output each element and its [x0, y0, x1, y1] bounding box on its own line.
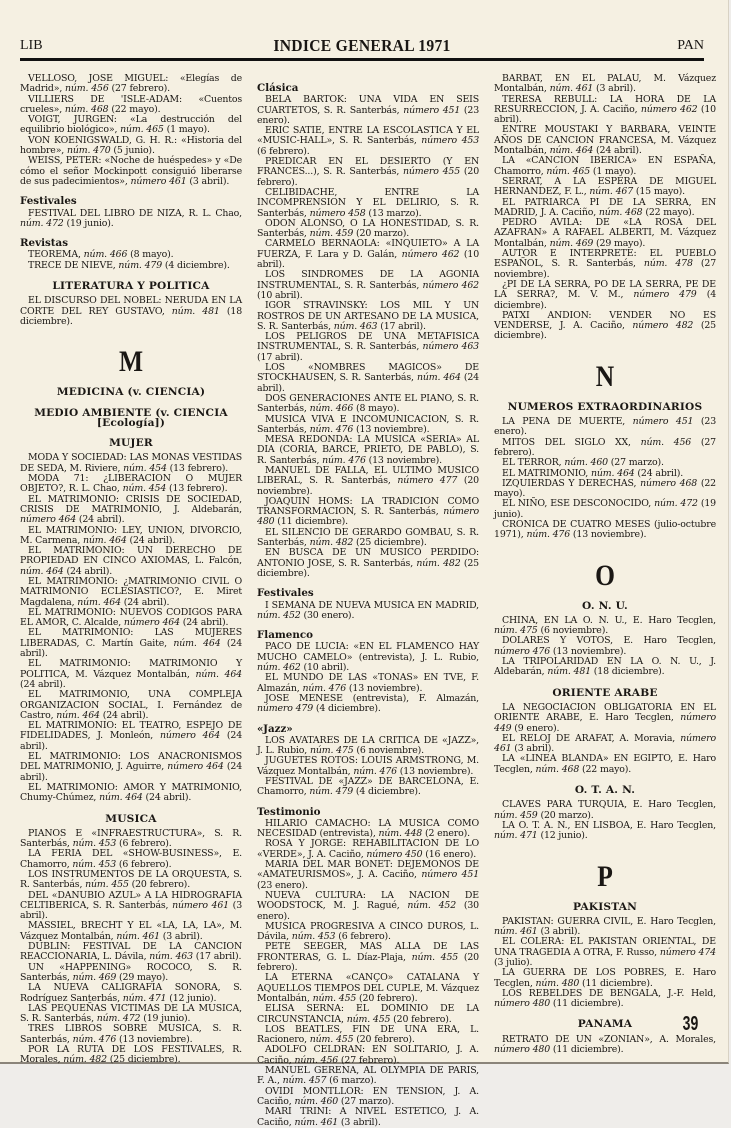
issue-number: núm. 464 [173, 638, 220, 649]
issue-number: núm. 464 [195, 669, 242, 680]
index-entry: EL MATRIMONIO, UNA COMPLEJA ORGANIZACION… [20, 690, 242, 721]
issue-number: número 463 [422, 341, 479, 352]
index-entry: JOAQUIN HOMS: LA TRADICION COMO TRANSFOR… [257, 497, 479, 528]
issue-number: número 462 [641, 104, 698, 115]
index-entry: ENTRE MOUSTAKI Y BARBARA, VEINTE AÑOS DE… [494, 125, 716, 156]
index-entry: BARBAT, EN EL PALAU, M. Vázquez Montalbá… [494, 74, 716, 95]
issue-number: núm. 481 [172, 306, 220, 317]
index-entry: EL MATRIMONIO: MATRIMONIO Y POLITICA, M.… [20, 659, 242, 690]
topic-heading: O. T. A. N. [494, 785, 716, 795]
entry-title: EL NIÑO, ESE DESCONOCIDO, [502, 498, 654, 509]
index-entry: LA «CANCION IBERICA» EN ESPAÑA, Chamorro… [494, 156, 716, 177]
entry-title: TRECE DE NIEVE, [28, 260, 118, 271]
issue-number: núm. 472 [20, 218, 64, 229]
issue-number: número 461 [172, 900, 229, 911]
index-entry: ¿PI DE LA SERRA, PO DE LA SERRA, PE DE L… [494, 280, 716, 311]
index-entry: EL SILENCIO DE GERARDO GOMBAU, S. R. San… [257, 528, 479, 549]
index-entry: MODA Y SOCIEDAD: LAS MONAS VESTIDAS DE S… [20, 453, 242, 474]
issue-number: número 479 [633, 289, 696, 300]
issue-number: número 462 [422, 280, 479, 291]
index-entry: EL MUNDO DE LAS «TONAS» EN TVE, F. Almaz… [257, 673, 479, 694]
index-entry: DUBLIN: FESTIVAL DE LA CANCION REACCIONA… [20, 942, 242, 963]
index-entry: CARMELO BERNAOLA: «INQUIETO» A LA FUERZA… [257, 239, 479, 270]
index-entry: MASSIEL, BRECHT Y EL «LA, LA, LA», M. Vá… [20, 921, 242, 942]
index-entry: AUTOR E INTERPRETE: EL PUEBLO ESPAÑOL, S… [494, 249, 716, 280]
subsection-heading: Clásica [257, 83, 479, 93]
topic-heading: MUJER [20, 438, 242, 448]
subsection-heading: Revistas [20, 238, 242, 248]
index-entry: VON KOENIGSWALD, G. H. R.: «Historia del… [20, 136, 242, 157]
index-entry: LOS SINDROMES DE LA AGONIA INSTRUMENTAL,… [257, 270, 479, 301]
issue-number: número 455 [403, 166, 460, 177]
topic-heading: O. N. U. [494, 601, 716, 611]
index-entry: TERESA REBULL: LA HORA DE LA RESURRECCIO… [494, 95, 716, 126]
issue-number: núm. 476 [526, 529, 570, 540]
index-entry: EL MATRIMONIO: UN DERECHO DE PROPIEDAD E… [20, 546, 242, 577]
index-entry: LA «LINEA BLANDA» EN EGIPTO, E. Haro Tec… [494, 754, 716, 775]
issue-number: número 451 [633, 416, 694, 427]
index-entry: LA ETERNA «CANÇO» CATALANA Y AQUELLOS TI… [257, 973, 479, 1004]
index-entry: TRECE DE NIEVE, núm. 479 (4 diciembre). [20, 261, 242, 271]
index-entry: LOS AVATARES DE LA CRITICA DE «JAZZ», J.… [257, 736, 479, 757]
index-entry: MARIA DEL MAR BONET: DEJEMONOS DE «AMATE… [257, 860, 479, 891]
topic-heading: PAKISTAN [494, 902, 716, 912]
issue-number: número 451 [403, 105, 460, 116]
index-entry: VELLOSO, JOSE MIGUEL: «Elegías de Madrid… [20, 74, 242, 95]
index-entry: MANUEL DE FALLA, EL ULTIMO MUSICO LIBERA… [257, 466, 479, 497]
index-entry: EL NIÑO, ESE DESCONOCIDO, núm. 472 (19 j… [494, 499, 716, 520]
entry-title: PACO DE LUCIA: «EN EL FLAMENCO HAY MUCHO… [257, 641, 479, 662]
index-entry: LOS «NOMBRES MAGICOS» DE STOCKHAUSEN, S.… [257, 363, 479, 394]
index-entry: SERRAT, A LA ESPERA DE MIGUEL HERNANDEZ,… [494, 177, 716, 198]
index-entry: I SEMANA DE NUEVA MUSICA EN MADRID, núm.… [257, 601, 479, 622]
entry-title: EL MATRIMONIO: CRISIS DE SOCIEDAD, CRISI… [20, 494, 242, 515]
issue-date: (4 diciembre). [353, 786, 421, 797]
index-entry: EN BUSCA DE UN MUSICO PERDIDO: ANTONIO J… [257, 548, 479, 579]
issue-number: núm. 479 [309, 786, 353, 797]
alphabet-letter-heading: N [511, 362, 700, 392]
issue-date: (4 diciembre). [162, 260, 230, 271]
index-column-1: VELLOSO, JOSE MIGUEL: «Elegías de Madrid… [20, 74, 242, 1066]
index-column-2: ClásicaBELA BARTOK: UNA VIDA EN SEIS CUA… [257, 74, 479, 1071]
index-entry: ODON ALONSO, O LA HONESTIDAD, S. R. Sant… [257, 219, 479, 240]
index-entry: CELIBIDACHE, ENTRE LA INCOMPRENSION Y EL… [257, 188, 479, 219]
issue-date: (18 diciembre). [591, 666, 665, 677]
index-entry: PAKISTAN: GUERRA CIVIL, E. Haro Tecglen,… [494, 917, 716, 938]
topic-heading: LITERATURA Y POLITICA [20, 281, 242, 291]
issue-number: núm. 452 [257, 610, 301, 621]
issue-date: (30 enero). [301, 610, 355, 621]
index-entry: MUSICA PROGRESIVA A CINCO DUROS, L. Dávi… [257, 922, 479, 943]
issue-number: número 464 [167, 761, 223, 772]
issue-number: núm. 455 [412, 952, 459, 963]
topic-heading: ORIENTE ARABE [494, 688, 716, 698]
index-entry: EL DISCURSO DEL NOBEL: NERUDA EN LA CORT… [20, 296, 242, 327]
issue-number: núm. 482 [416, 558, 460, 569]
issue-number: núm. 472 [654, 498, 698, 509]
index-entry: DOS GENERACIONES ANTE EL PIANO, S. R. Sa… [257, 394, 479, 415]
index-entry: LA TRIPOLARIDAD EN LA O. N. U., J. Aldeb… [494, 657, 716, 678]
issue-number: número 451 [421, 869, 479, 880]
subsection-heading: Festivales [20, 196, 242, 206]
index-entry: NUEVA CULTURA: LA NACION DE WOODSTOCK, M… [257, 891, 479, 922]
index-entry: DOLARES Y VOTOS, E. Haro Tecglen, número… [494, 636, 716, 657]
index-entry: PREDICAR EN EL DESIERTO (Y EN FRANCES...… [257, 157, 479, 188]
index-entry: EL MATRIMONIO: CRISIS DE SOCIEDAD, CRISI… [20, 495, 242, 526]
issue-date: (4 diciembre). [313, 703, 381, 714]
issue-number: núm. 464 [99, 792, 143, 803]
index-entry: VILLIERS DE 'ISLE-ADAM: «Cuentos crueles… [20, 95, 242, 116]
index-entry: UN «HAPPENING» ROCOCO, S. R. Santerbás, … [20, 963, 242, 984]
issue-number: núm. 456 [641, 437, 692, 448]
topic-heading: MEDICINA (v. CIENCIA) [20, 387, 242, 397]
index-entry: IGOR STRAVINSKY: LOS MIL Y UN ROSTROS DE… [257, 301, 479, 332]
topic-heading: MEDIO AMBIENTE (v. CIENCIA [Ecología]) [20, 408, 242, 429]
index-entry: EL RELOJ DE ARAFAT, A. Moravia, número 4… [494, 734, 716, 755]
subsection-heading: Testimonio [257, 807, 479, 817]
running-head: LIB INDICE GENERAL 1971 PAN [20, 36, 704, 61]
page-number: 39 [682, 1013, 698, 1036]
issue-date: (19 junio). [64, 218, 114, 229]
index-entry: FESTIVAL DE «JAZZ» DE BARCELONA, E. Cham… [257, 777, 479, 798]
topic-heading: MUSICA [20, 814, 242, 824]
index-entry: BELA BARTOK: UNA VIDA EN SEIS CUARTETOS,… [257, 95, 479, 126]
running-head-left-guide-word: LIB [20, 38, 43, 54]
index-entry: LA NUEVA CALIGRAFIA SONORA, S. Rodríguez… [20, 983, 242, 1004]
topic-heading: NUMEROS EXTRAORDINARIOS [494, 402, 716, 412]
issue-number: número 480 [494, 998, 550, 1009]
index-entry: EL MATRIMONIO: AMOR Y MATRIMONIO, Chumy-… [20, 783, 242, 804]
issue-number: núm. 464 [417, 372, 461, 383]
issue-number: núm. 471 [494, 830, 538, 841]
index-entry: PATXI ANDION: VENDER NO ES VENDERSE, J. … [494, 311, 716, 342]
index-entry: MITOS DEL SIGLO XX, núm. 456 (27 febrero… [494, 438, 716, 459]
index-entry: FESTIVAL DEL LIBRO DE NIZA, R. L. Chao, … [20, 209, 242, 230]
index-entry: PETE SEEGER, MAS ALLA DE LAS FRONTERAS, … [257, 942, 479, 973]
issue-number: número 462 [402, 249, 460, 260]
issue-date: (25 diciembre). [107, 1054, 181, 1065]
index-entry: ERIC SATIE, ENTRE LA ESCOLASTICA Y EL «M… [257, 126, 479, 157]
index-entry: PACO DE LUCIA: «EN EL FLAMENCO HAY MUCHO… [257, 642, 479, 673]
index-entry: EL PATRIARCA PI DE LA SERRA, EN MADRID, … [494, 198, 716, 219]
index-entry: JOSE MENESE (entrevista), F. Almazán, nú… [257, 694, 479, 715]
index-entry: LA GUERRA DE LOS POBRES, E. Haro Tecglen… [494, 968, 716, 989]
issue-date: (11 diciembre). [550, 1044, 624, 1055]
issue-number: número 480 [494, 1044, 550, 1055]
page-title: INDICE GENERAL 1971 [47, 36, 676, 56]
index-entry: EL MATRIMONIO: LOS ANACRONISMOS DEL MATR… [20, 752, 242, 783]
issue-number: núm. 478 [644, 258, 693, 269]
entry-title: MANUEL GERENA, AL OLYMPIA DE PARIS, F. A… [257, 1065, 479, 1071]
index-entry: MUSICA VIVA E INCOMUNICACION, S. R. Sant… [257, 415, 479, 436]
index-entry: VOIGT, JURGEN: «La destrucción del equil… [20, 115, 242, 136]
issue-date: (3 abril). [187, 176, 230, 187]
issue-date: (12 junio). [538, 830, 588, 841]
subsection-heading: Festivales [257, 588, 479, 598]
index-entry: MESA REDONDA: LA MUSICA «SERIA» AL DIA (… [257, 435, 479, 466]
issue-date: (22 mayo). [579, 764, 631, 775]
issue-number: núm. 479 [118, 260, 162, 271]
index-entry: MANUEL GERENA, AL OLYMPIA DE PARIS, F. A… [257, 1066, 479, 1071]
issue-number: número 479 [257, 703, 313, 714]
index-entry: PIANOS E «INFRAESTRUCTURA», S. R. Santer… [20, 829, 242, 850]
index-entry: CHINA, EN LA O. N. U., E. Haro Tecglen, … [494, 616, 716, 637]
issue-date: (24 abril). [143, 792, 191, 803]
index-entry: CRONICA DE CUATRO MESES (julio-octubre 1… [494, 520, 716, 541]
index-entry: LA NEGOCIACION OBLIGATORIA EN EL ORIENTE… [494, 703, 716, 734]
issue-number: núm. 452 [407, 900, 456, 911]
running-head-right-guide-word: PAN [677, 38, 704, 54]
index-entry: ELISA SERNA: EL DOMINIO DE LA CIRCUNSTAN… [257, 1004, 479, 1025]
index-entry: WEISS, PETER: «Noche de huéspedes» y «De… [20, 156, 242, 187]
issue-number: núm. 482 [63, 1054, 107, 1065]
index-entry: LA FERIA DEL «SHOW-BUSINESS», E. Chamorr… [20, 849, 242, 870]
index-entry: LOS INSTRUMENTOS DE LA ORQUESTA, S. R. S… [20, 870, 242, 891]
issue-number: número 461 [131, 176, 187, 187]
issue-number: núm. 481 [547, 666, 591, 677]
index-entry: TRES LIBROS SOBRE MUSICA, S. R. Santerbá… [20, 1024, 242, 1045]
index-column-3: BARBAT, EN EL PALAU, M. Vázquez Montalbá… [494, 74, 716, 1055]
index-page: LIB INDICE GENERAL 1971 PAN VELLOSO, JOS… [0, 0, 729, 1064]
alphabet-letter-heading: P [511, 862, 700, 892]
index-entry: HILARIO CAMACHO: LA MUSICA COMO NECESIDA… [257, 819, 479, 840]
issue-number: número 464 [160, 730, 220, 741]
index-entry: EL MATRIMONIO: EL TEATRO, ESPEJO DE FIDE… [20, 721, 242, 752]
entry-title: EL MATRIMONIO: UN DERECHO DE PROPIEDAD E… [20, 545, 242, 566]
index-entry: LOS PELIGROS DE UNA METAFISICA INSTRUMEN… [257, 332, 479, 363]
issue-number: número 474 [660, 947, 716, 958]
index-entry: RETRATO DE UN «ZONIAN», A. Morales, núme… [494, 1035, 716, 1056]
index-entry: LOS REBELDES DE BENGALA, J.-F. Held, núm… [494, 989, 716, 1010]
issue-number: número 468 [640, 478, 697, 489]
issue-number: número 453 [421, 135, 479, 146]
index-entry: IZQUIERDAS Y DERECHAS, número 468 (22 ma… [494, 479, 716, 500]
issue-date: (11 diciembre). [550, 998, 624, 1009]
index-entry: EL MATRIMONIO: LEY, UNION, DIVORCIO, M. … [20, 526, 242, 547]
issue-number: núm. 468 [536, 764, 580, 775]
index-entry: PEDRO AVILA: DE «LA ROSA DEL AZAFRAN» A … [494, 218, 716, 249]
issue-number: número 482 [632, 320, 693, 331]
alphabet-letter-heading: O [511, 561, 700, 591]
index-entry: DEL «DANUBIO AZUL» A LA HIDROGRAFIA CELT… [20, 891, 242, 922]
index-entry: LA O. T. A. N., EN LISBOA, E. Haro Tecgl… [494, 821, 716, 842]
index-entry: EL COLERA: EL PAKISTAN ORIENTAL, DE UNA … [494, 937, 716, 968]
index-entry: POR LA RUTA DE LOS FESTIVALES, R. Morale… [20, 1045, 242, 1066]
index-entry: EL MATRIMONIO: NUEVOS CODIGOS PARA EL AM… [20, 608, 242, 629]
index-entry: MODA 71: ¿LIBERACION O MUJER OBJETO?, R.… [20, 474, 242, 495]
index-entry: EL MATRIMONIO: LAS MUJERES LIBERADAS, C.… [20, 628, 242, 659]
subsection-heading: Flamenco [257, 630, 479, 640]
index-entry: JUGUETES ROTOS: LOUIS ARMSTRONG, M. Vázq… [257, 756, 479, 777]
index-entry: EL MATRIMONIO: ¿MATRIMONIO CIVIL O MATRI… [20, 577, 242, 608]
index-entry: LA PENA DE MUERTE, número 451 (23 enero)… [494, 417, 716, 438]
issue-number: número 477 [397, 475, 457, 486]
index-entry: CLAVES PARA TURQUIA, E. Haro Tecglen, nú… [494, 800, 716, 821]
alphabet-letter-heading: M [37, 347, 226, 377]
index-entry: LOS BEATLES, FIN DE UNA ERA, L. Racioner… [257, 1025, 479, 1046]
subsection-heading: «Jazz» [257, 724, 479, 734]
issue-date: (13 noviembre). [570, 529, 646, 540]
index-entry: LAS PEQUEÑAS VICTIMAS DE LA MUSICA, S. R… [20, 1004, 242, 1025]
index-entry: ADOLFO CELDRAN: EN SOLITARIO, J. A. Caci… [257, 1045, 479, 1066]
index-entry: ROSA Y JORGE: REHABILITACION DE LO «VERD… [257, 839, 479, 860]
